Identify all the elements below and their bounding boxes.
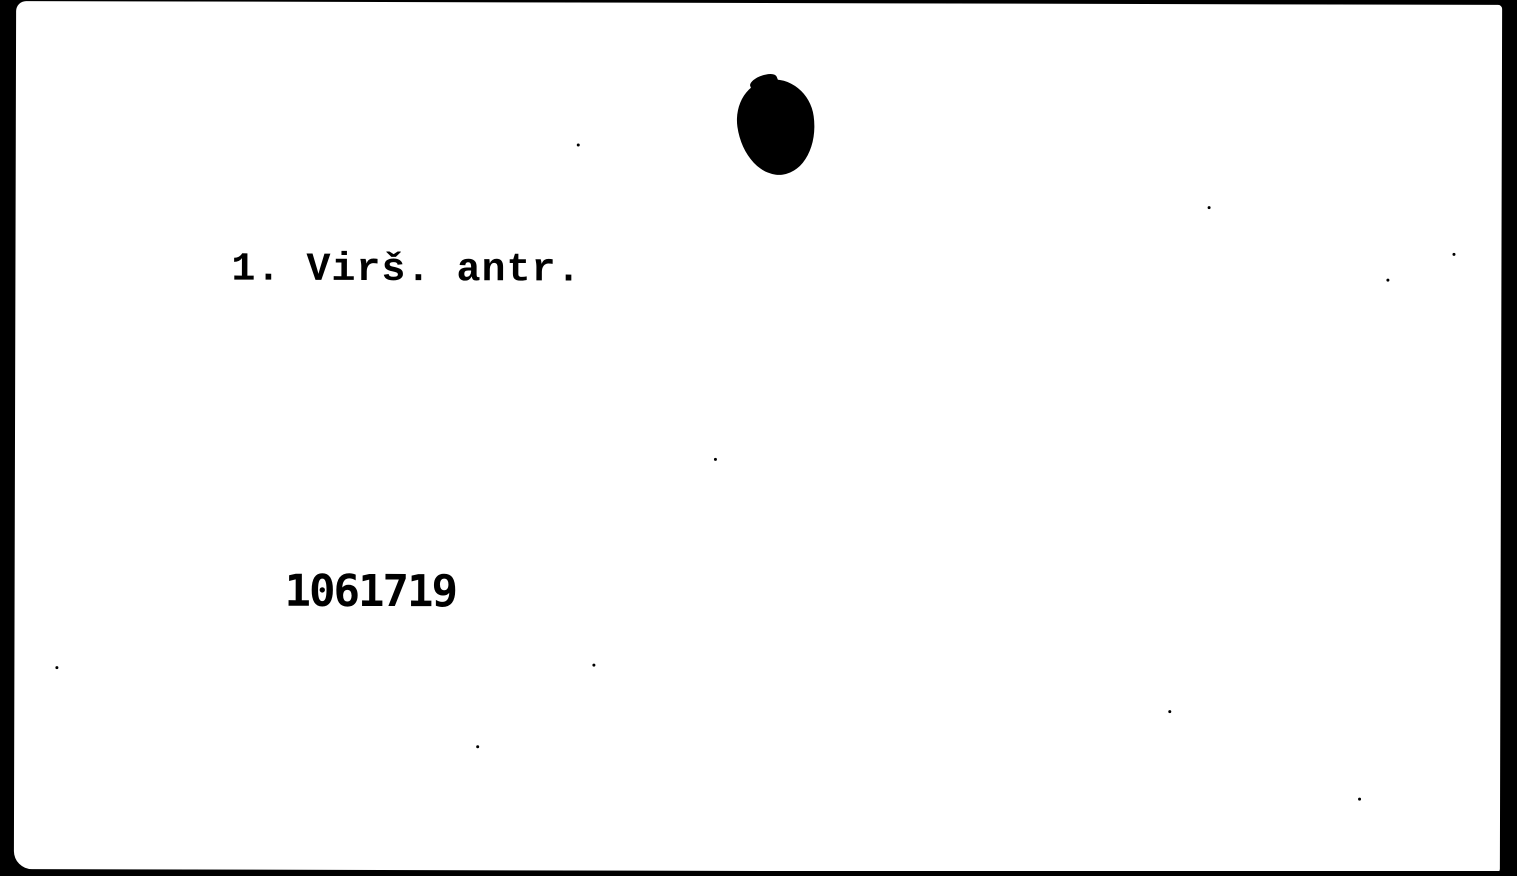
scan-speck bbox=[1386, 279, 1389, 282]
card-heading: 1. Virš. antr. bbox=[231, 248, 581, 294]
scan-speck bbox=[476, 745, 479, 748]
record-number: 1061719 bbox=[285, 566, 457, 617]
scan-bottom-edge bbox=[0, 871, 1517, 876]
scan-speck bbox=[1168, 710, 1171, 713]
scan-speck bbox=[1208, 206, 1211, 209]
scan-speck bbox=[1452, 253, 1455, 256]
index-card: 1. Virš. antr. 1061719 bbox=[14, 1, 1502, 873]
scan-speck bbox=[592, 664, 595, 667]
punch-hole bbox=[732, 74, 821, 180]
scan-speck bbox=[714, 458, 717, 461]
scan-speck bbox=[1358, 798, 1361, 801]
scan-speck bbox=[577, 144, 580, 147]
scan-speck bbox=[55, 666, 58, 669]
